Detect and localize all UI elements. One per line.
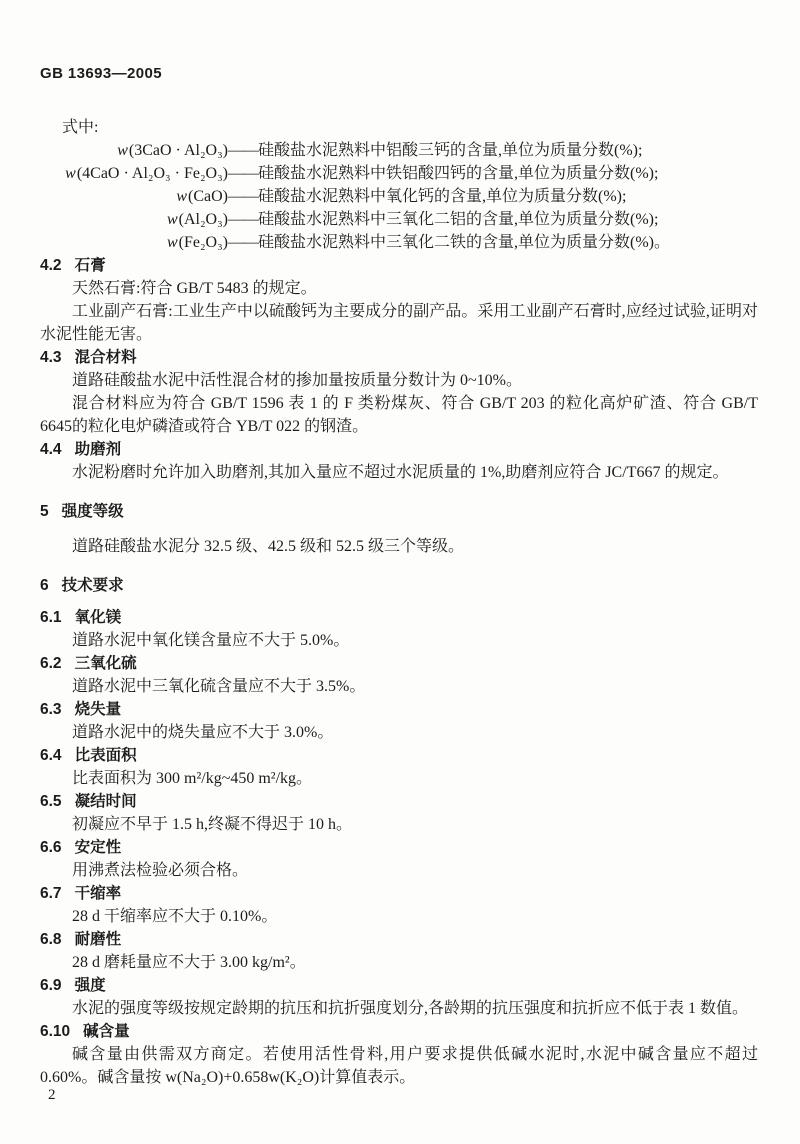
section-title: 耐磨性 [75, 931, 122, 948]
section-number: 4.3 [40, 346, 62, 369]
section-number: 6.4 [40, 744, 62, 767]
section-title: 干缩率 [75, 885, 122, 902]
section-paragraph: 28 d 干缩率应不大于 0.10%。 [40, 905, 758, 928]
section-paragraph: 水泥的强度等级按规定龄期的抗压和抗折强度划分,各龄期的抗压强度和抗折应不低于表 … [40, 997, 758, 1020]
em-dash-separator: —— [228, 139, 258, 162]
document-section: 4.4助磨剂 水泥粉磨时允许加入助磨剂,其加入量应不超过水泥质量的 1%,助磨剂… [40, 438, 758, 484]
formula-variable: w [167, 211, 179, 228]
formula-definition-row: w(4CaO · Al₂O₃ · Fe₂O₃) —— 硅酸盐水泥熟料中铁铝酸四钙… [40, 162, 758, 185]
formula-symbol: w(CaO) [40, 185, 228, 208]
formula-variable: w [167, 234, 179, 251]
document-section: 4.3混合材料 道路硅酸盐水泥中活性混合材的掺加量按质量分数计为 0~10%。混… [40, 346, 758, 438]
section-paragraph: 碱含量由供需双方商定。若使用活性骨料,用户要求提供低碱水泥时,水泥中碱含量应不超… [40, 1043, 758, 1089]
section-heading: 6.10碱含量 [40, 1020, 758, 1043]
section-number: 6.10 [40, 1020, 70, 1043]
section-heading: 6.9强度 [40, 974, 758, 997]
section-paragraph: 用沸煮法检验必须合格。 [40, 859, 758, 882]
section-title: 助磨剂 [75, 441, 122, 458]
section-number: 6.7 [40, 882, 62, 905]
formula-expression: (CaO) [188, 188, 228, 205]
formula-description: 硅酸盐水泥熟料中三氧化二铁的含量,单位为质量分数(%)。 [258, 231, 670, 254]
formula-description: 硅酸盐水泥熟料中铝酸三钙的含量,单位为质量分数(%); [258, 139, 642, 162]
document-section: 6.2三氧化硫 道路水泥中三氧化硫含量应不大于 3.5%。 [40, 652, 758, 698]
formula-definition-row: w(Al₂O₃) —— 硅酸盐水泥熟料中三氧化二铝的含量,单位为质量分数(%); [40, 208, 758, 231]
section-paragraph: 道路硅酸盐水泥中活性混合材的掺加量按质量分数计为 0~10%。 [40, 369, 758, 392]
em-dash-separator: —— [228, 231, 258, 254]
section-title: 强度 [75, 977, 106, 994]
section-paragraph: 道路硅酸盐水泥分 32.5 级、42.5 级和 52.5 级三个等级。 [40, 535, 758, 558]
section-title: 技术要求 [62, 577, 124, 594]
formula-expression: (Fe₂O₃) [179, 234, 228, 251]
section-heading: 6.6安定性 [40, 836, 758, 859]
section-heading: 6.4比表面积 [40, 744, 758, 767]
section-title: 三氧化硫 [75, 655, 137, 672]
section-number: 6 [40, 574, 49, 597]
section-title: 烧失量 [75, 701, 122, 718]
section-heading: 4.3混合材料 [40, 346, 758, 369]
section-heading: 5强度等级 [40, 500, 758, 523]
section-number: 4.2 [40, 254, 62, 277]
em-dash-separator: —— [228, 162, 258, 185]
formula-symbol: w(Fe₂O₃) [40, 231, 228, 254]
section-paragraph: 水泥粉磨时允许加入助磨剂,其加入量应不超过水泥质量的 1%,助磨剂应符合 JC/… [40, 461, 758, 484]
section-paragraph: 道路水泥中氧化镁含量应不大于 5.0%。 [40, 629, 758, 652]
section-number: 6.5 [40, 790, 62, 813]
formula-symbol: w(3CaO · Al₂O₃) [40, 139, 228, 162]
formula-expression: (4CaO · Al₂O₃ · Fe₂O₃) [77, 165, 228, 182]
formula-intro: 式中: [40, 116, 758, 139]
document-section: 6.3烧失量 道路水泥中的烧失量应不大于 3.0%。 [40, 698, 758, 744]
section-title: 凝结时间 [75, 793, 137, 810]
document-section: 4.2石膏 天然石膏:符合 GB/T 5483 的规定。工业副产石膏:工业生产中… [40, 254, 758, 346]
section-heading: 6技术要求 [40, 574, 758, 597]
document-section: 6.9强度 水泥的强度等级按规定龄期的抗压和抗折强度划分,各龄期的抗压强度和抗折… [40, 974, 758, 1020]
formula-definitions: w(3CaO · Al₂O₃) —— 硅酸盐水泥熟料中铝酸三钙的含量,单位为质量… [40, 139, 758, 254]
section-heading: 6.8耐磨性 [40, 928, 758, 951]
document-section: 6技术要求 [40, 574, 758, 597]
section-heading: 6.2三氧化硫 [40, 652, 758, 675]
section-paragraph: 初凝应不早于 1.5 h,终凝不得迟于 10 h。 [40, 813, 758, 836]
section-number: 6.6 [40, 836, 62, 859]
section-number: 4.4 [40, 438, 62, 461]
section-number: 6.9 [40, 974, 62, 997]
formula-variable: w [176, 188, 188, 205]
formula-symbol: w(4CaO · Al₂O₃ · Fe₂O₃) [40, 162, 228, 185]
section-title: 比表面积 [75, 747, 137, 764]
formula-symbol: w(Al₂O₃) [40, 208, 228, 231]
em-dash-separator: —— [228, 185, 258, 208]
section-heading: 4.4助磨剂 [40, 438, 758, 461]
document-page: GB 13693—2005 式中: w(3CaO · Al₂O₃) —— 硅酸盐… [0, 0, 800, 1144]
section-number: 6.1 [40, 606, 62, 629]
document-section: 6.8耐磨性 28 d 磨耗量应不大于 3.00 kg/m²。 [40, 928, 758, 974]
section-number: 6.2 [40, 652, 62, 675]
section-heading: 6.1氧化镁 [40, 606, 758, 629]
section-heading: 6.7干缩率 [40, 882, 758, 905]
section-title: 混合材料 [75, 349, 137, 366]
formula-variable: w [117, 142, 129, 159]
section-number: 5 [40, 500, 49, 523]
section-title: 碱含量 [83, 1023, 130, 1040]
document-section: 6.10碱含量 碱含量由供需双方商定。若使用活性骨料,用户要求提供低碱水泥时,水… [40, 1020, 758, 1089]
em-dash-separator: —— [228, 208, 258, 231]
section-paragraph: 道路水泥中三氧化硫含量应不大于 3.5%。 [40, 675, 758, 698]
formula-expression: (Al₂O₃) [179, 211, 228, 228]
section-number: 6.3 [40, 698, 62, 721]
section-title: 安定性 [75, 839, 122, 856]
section-paragraph: 道路水泥中的烧失量应不大于 3.0%。 [40, 721, 758, 744]
document-section: 6.5凝结时间 初凝应不早于 1.5 h,终凝不得迟于 10 h。 [40, 790, 758, 836]
standard-number: GB 13693—2005 [40, 62, 758, 85]
section-number: 6.8 [40, 928, 62, 951]
formula-description: 硅酸盐水泥熟料中铁铝酸四钙的含量,单位为质量分数(%); [258, 162, 658, 185]
section-title: 石膏 [75, 257, 106, 274]
section-title: 氧化镁 [75, 609, 122, 626]
document-section: 6.4比表面积 比表面积为 300 m²/kg~450 m²/kg。 [40, 744, 758, 790]
formula-definition-row: w(CaO) —— 硅酸盐水泥熟料中氧化钙的含量,单位为质量分数(%); [40, 185, 758, 208]
sections-container: 4.2石膏 天然石膏:符合 GB/T 5483 的规定。工业副产石膏:工业生产中… [40, 254, 758, 1089]
document-section: 6.7干缩率 28 d 干缩率应不大于 0.10%。 [40, 882, 758, 928]
document-section: 6.6安定性 用沸煮法检验必须合格。 [40, 836, 758, 882]
formula-description: 硅酸盐水泥熟料中三氧化二铝的含量,单位为质量分数(%); [258, 208, 658, 231]
section-title: 强度等级 [62, 503, 124, 520]
section-paragraph: 天然石膏:符合 GB/T 5483 的规定。 [40, 277, 758, 300]
section-paragraph: 28 d 磨耗量应不大于 3.00 kg/m²。 [40, 951, 758, 974]
formula-expression: (3CaO · Al₂O₃) [129, 142, 228, 159]
formula-definition-row: w(Fe₂O₃) —— 硅酸盐水泥熟料中三氧化二铁的含量,单位为质量分数(%)。 [40, 231, 758, 254]
formula-description: 硅酸盐水泥熟料中氧化钙的含量,单位为质量分数(%); [258, 185, 626, 208]
section-heading: 4.2石膏 [40, 254, 758, 277]
formula-definition-row: w(3CaO · Al₂O₃) —— 硅酸盐水泥熟料中铝酸三钙的含量,单位为质量… [40, 139, 758, 162]
section-heading: 6.5凝结时间 [40, 790, 758, 813]
document-section: 5强度等级 道路硅酸盐水泥分 32.5 级、42.5 级和 52.5 级三个等级… [40, 500, 758, 558]
section-paragraph: 工业副产石膏:工业生产中以硫酸钙为主要成分的副产品。采用工业副产石膏时,应经过试… [40, 300, 758, 346]
section-paragraph: 混合材料应为符合 GB/T 1596 表 1 的 F 类粉煤灰、符合 GB/T … [40, 392, 758, 438]
section-heading: 6.3烧失量 [40, 698, 758, 721]
section-paragraph: 比表面积为 300 m²/kg~450 m²/kg。 [40, 767, 758, 790]
page-number: 2 [48, 1084, 56, 1107]
formula-variable: w [65, 165, 77, 182]
document-section: 6.1氧化镁 道路水泥中氧化镁含量应不大于 5.0%。 [40, 606, 758, 652]
